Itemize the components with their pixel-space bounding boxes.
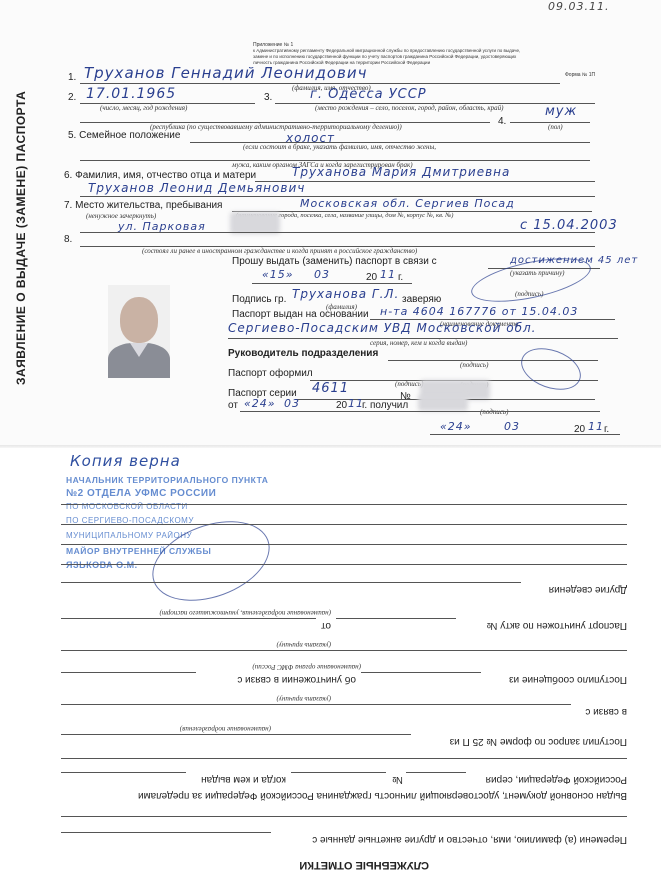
service-act-line (336, 618, 456, 619)
service-line-7 (61, 650, 627, 651)
basis-value: н-та 4604 167776 от 15.04.03 (380, 305, 578, 318)
service-mark-line-4: Поступил запрос по форме № 25 П из (450, 736, 627, 747)
field-6-line (255, 181, 595, 182)
signature-label: Подпись гр. (232, 294, 286, 305)
service-line-4 (61, 734, 411, 735)
service-line-13 (61, 504, 627, 505)
redacted-address (230, 212, 280, 234)
bottom-year: 11 (588, 420, 604, 433)
redacted-signature (418, 395, 468, 411)
applicant-photo (108, 285, 170, 378)
field-2-number: 2. (68, 92, 76, 103)
issuer-caption: серия, номер, кем и когда выдан) (370, 339, 467, 347)
from-label: от (228, 400, 238, 411)
service-marks-title: СЛУЖЕБНЫЕ ОТМЕТКИ (299, 859, 429, 871)
service-mark-line-6: Поступило сообщение из (509, 674, 627, 685)
citizenship-caption: (состоял ли ранее в иностранном гражданс… (142, 247, 417, 255)
service-caption-5: (указать причину) (276, 695, 331, 703)
service-mark-line-2: Выдан основной документ, удостоверяющий … (138, 790, 627, 801)
head-label: Руководитель подразделения (228, 348, 378, 359)
clerk-label: Паспорт оформил (228, 368, 313, 379)
field-7-line-2 (80, 232, 595, 233)
photo-head (120, 297, 158, 343)
residence-since-value: с 15.04.2003 (520, 218, 618, 233)
request-year-suffix: г. (398, 272, 403, 283)
request-month: 03 (314, 268, 330, 281)
service-line-5 (61, 704, 571, 705)
request-date-line (252, 283, 412, 284)
received-label: г. получил (362, 400, 408, 411)
marital-caption-1: (если состоит в браке, указать фамилию, … (243, 143, 436, 151)
service-mark-line-3b: № (392, 774, 403, 785)
father-name-value: Труханов Леонид Демьянович (88, 181, 305, 195)
request-day: «15» (262, 268, 294, 281)
vertical-title: ЗАЯВЛЕНИЕ О ВЫДАЧЕ (ЗАМЕНЕ) ПАСПОРТА (14, 91, 28, 385)
service-caption-8: (наименование подразделения, уничтоживше… (160, 609, 332, 617)
birth-place-value: г. Одесса УССР (310, 87, 427, 102)
field-8-number: 8. (64, 234, 72, 245)
bottom-month: 03 (504, 420, 520, 433)
issuer-value: Сергиево-Посадским УВД Московской обл. (228, 321, 536, 335)
basis-label: Паспорт выдан на основании (232, 309, 369, 320)
signature-name-value: Трухановa Г.Л. (292, 287, 399, 301)
field-7-label: 7. Место жительства, пребывания (64, 200, 222, 211)
service-caption-7: (указать причину) (276, 641, 331, 649)
service-mark-line-3c: когда и кем выдан (201, 774, 286, 785)
service-caption-6: (наименование органа ФМС России) (252, 663, 361, 671)
series-value: 4611 (312, 381, 349, 396)
service-mark-line-1: Перемени (а) фамилию, имя, отчество и др… (312, 834, 627, 845)
corner-date: 09.03.11. (548, 0, 609, 13)
service-line-12 (61, 524, 627, 525)
field-5-label: 5. Семейное положение (68, 130, 180, 141)
mother-name-value: Труханова Мария Дмитриевна (292, 165, 510, 179)
bottom-date-line (430, 434, 620, 435)
request-year: 11 (380, 268, 396, 281)
republic-caption: (республика (по существовавшему админист… (150, 123, 402, 131)
received-caption: (подпись) (480, 408, 508, 416)
head-caption: (подпись) (460, 361, 488, 369)
field-1-number: 1. (68, 72, 76, 83)
form-number: Форма № 1П (565, 72, 595, 78)
from-month: 03 (284, 397, 300, 410)
service-line-6b (61, 672, 196, 673)
field-4-number: 4. (498, 116, 506, 127)
from-year-prefix: 20 (336, 400, 347, 411)
field-6-label: 6. Фамилия, имя, отчество отца и матери (64, 170, 256, 181)
field-3-number: 3. (264, 92, 272, 103)
residence-caption-left: (ненужное зачеркнуть) (86, 212, 156, 220)
service-mark-line-6b: об уничтожении в связи с (237, 674, 356, 685)
signature-certify: заверяю (402, 294, 441, 305)
full-name-value: Труханов Геннадий Леонидович (84, 64, 368, 82)
service-mark-line-5: в связи с (585, 706, 627, 717)
request-label: Прошу выдать (заменить) паспорт в связи … (232, 256, 437, 267)
service-marks-section: СЛУЖЕБНЫЕ ОТМЕТКИ Перемени (а) фамилию, … (0, 448, 661, 885)
birth-date-value: 17.01.1965 (86, 86, 176, 102)
residence-value: Московская обл. Сергиев Посад (300, 197, 515, 210)
service-number-line (291, 772, 386, 773)
service-mark-line-8: Паспорт уничтожен по акту № (487, 620, 627, 631)
bottom-day: «24» (440, 420, 472, 433)
service-line-10 (61, 564, 627, 565)
gender-caption: (пол) (548, 123, 563, 131)
service-act-date-line (61, 618, 316, 619)
gender-value: муж (545, 104, 577, 119)
request-year-prefix: 20 (366, 272, 377, 283)
service-line-1 (61, 832, 271, 833)
service-series-line (406, 772, 466, 773)
service-line-3b (61, 758, 627, 759)
service-issued-line (61, 772, 186, 773)
from-line (240, 411, 600, 412)
service-mark-line-8b: от (321, 620, 331, 631)
service-mark-line-3a: Российской Федерации, серия (486, 774, 627, 785)
service-line-9 (61, 582, 521, 583)
service-line-11 (61, 544, 627, 545)
service-mark-line-9: Другие сведения (549, 584, 627, 595)
service-line-6a (361, 672, 481, 673)
service-line-1b (61, 816, 627, 817)
passport-application-scan: 09.03.11. Приложение № 1 к Административ… (0, 0, 661, 885)
service-caption-4: (наименование подразделения) (180, 725, 271, 733)
from-day: «24» (244, 397, 276, 410)
birth-place-caption: (место рождения – село, поселок, город, … (315, 104, 503, 112)
birth-date-caption: (число, месяц, год рождения) (100, 104, 187, 112)
